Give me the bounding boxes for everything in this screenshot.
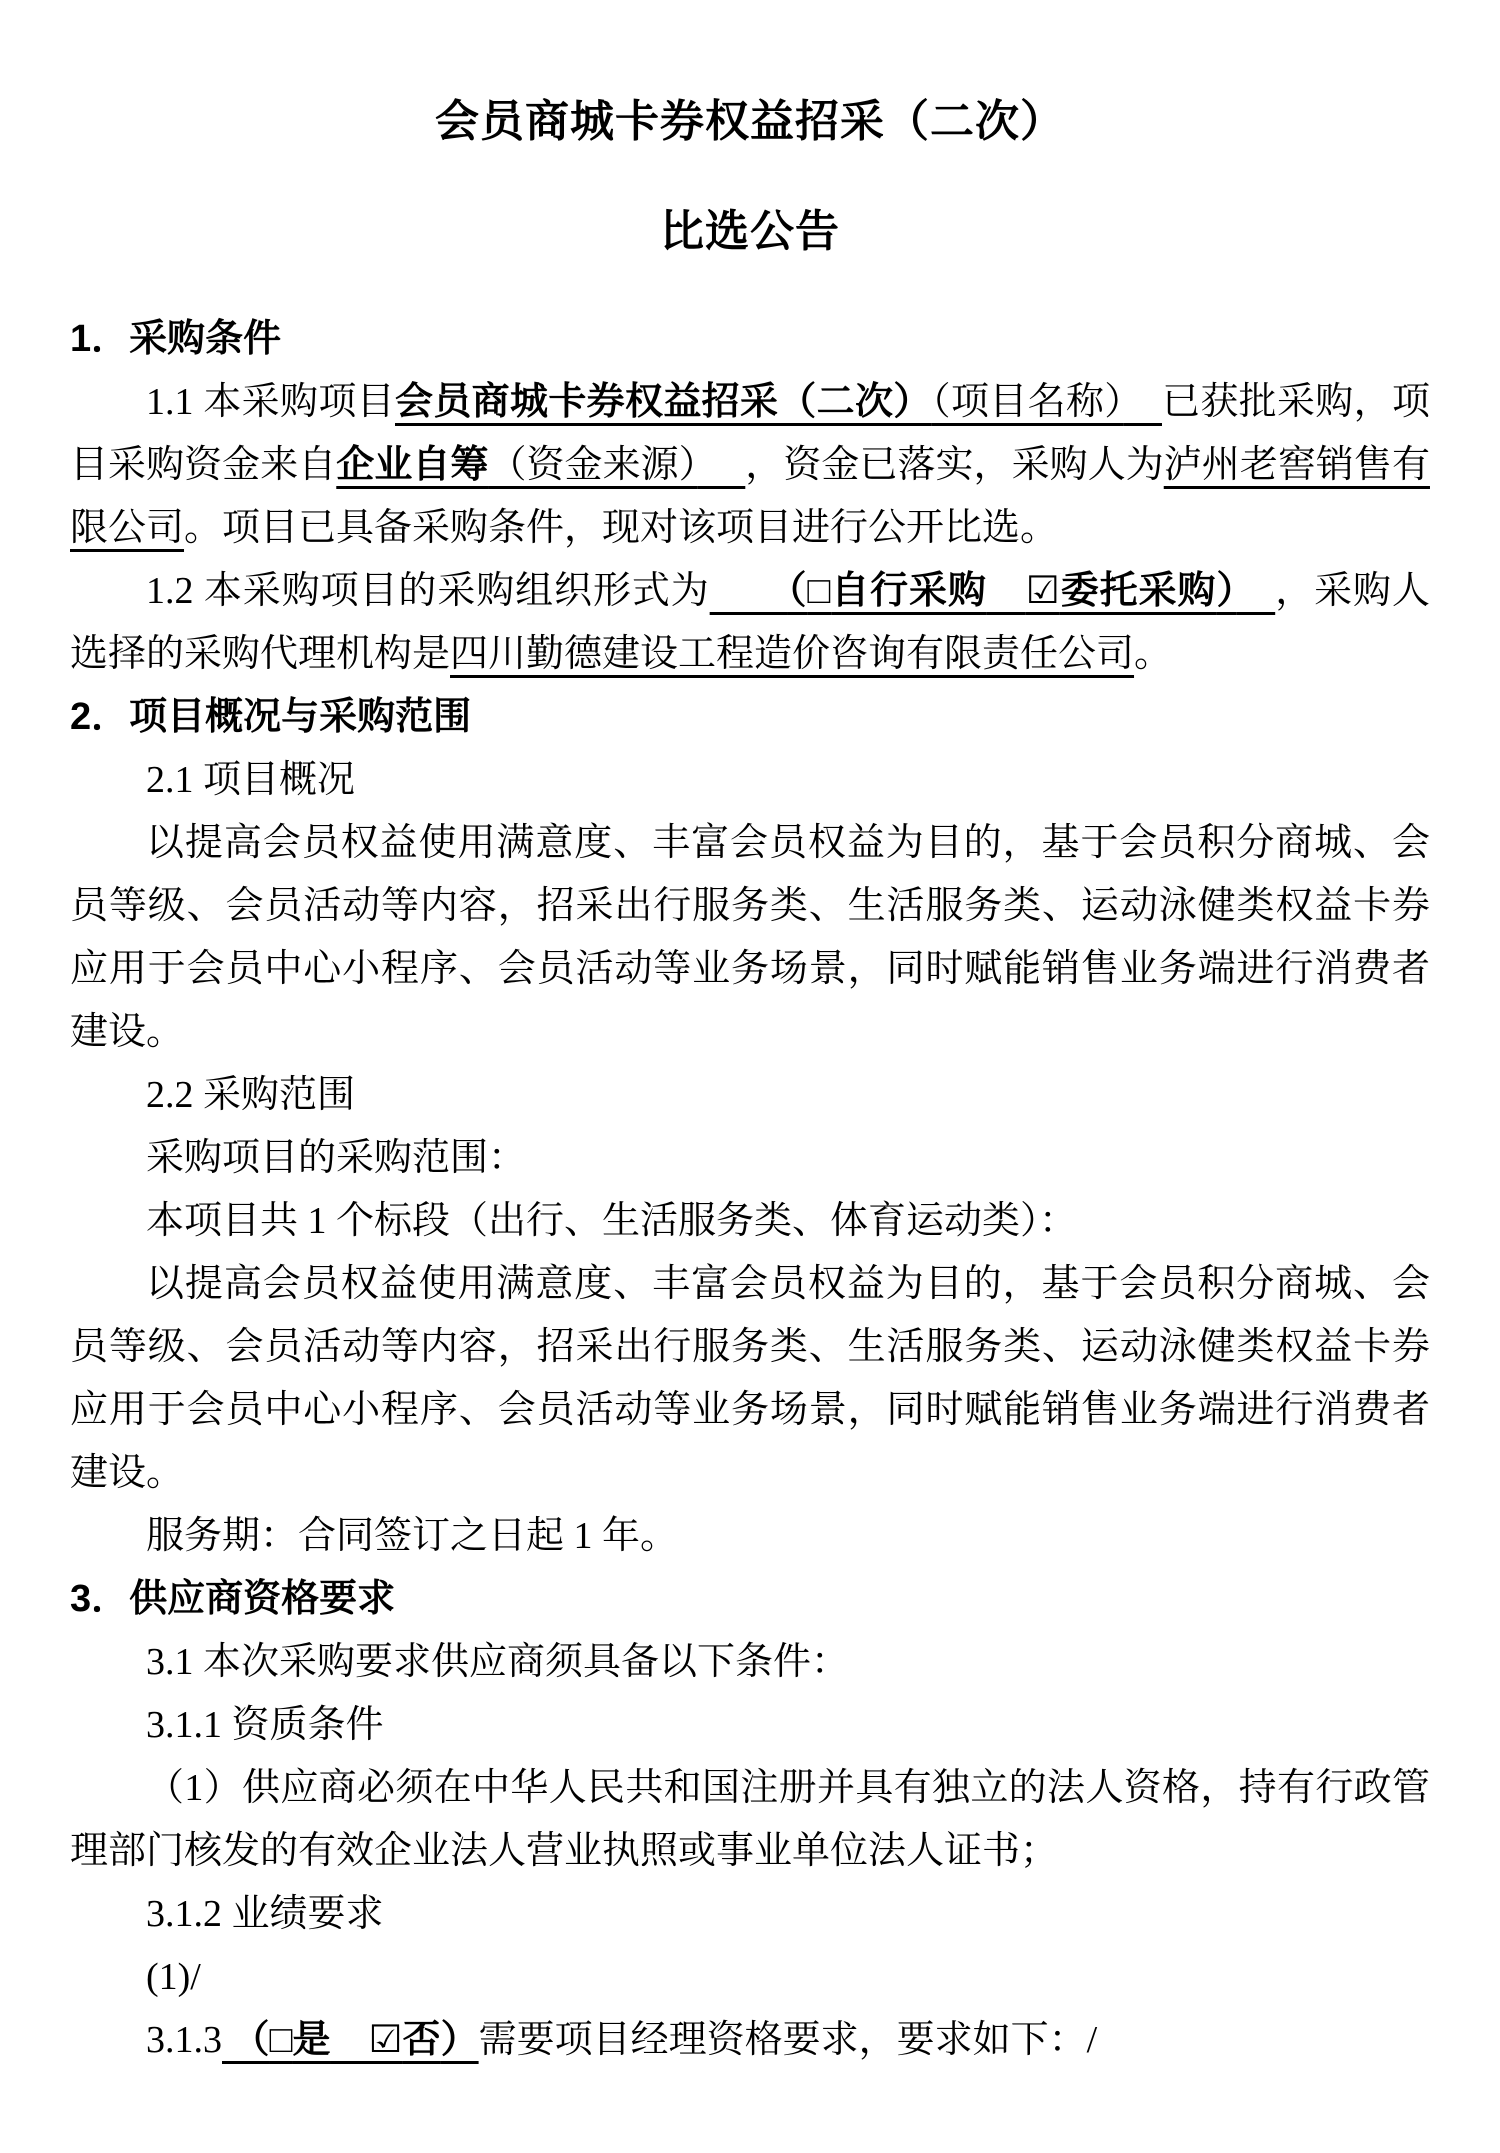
pm-requirement-paren-open: （: [232, 2019, 270, 2061]
clause-3-1-3: 3.1.3 （□是 ☑否）需要项目经理资格要求，要求如下：/: [70, 2009, 1430, 2072]
clause-1-1-text: 1.1 本采购项目: [146, 381, 395, 423]
clause-3-1-2-item-1: (1)/: [70, 1946, 1430, 2009]
clause-3-1-1-item-1: （1）供应商必须在中华人民共和国注册并具有独立的法人资格，持有行政管理部门核发的…: [70, 1757, 1430, 1883]
document-title: 会员商城卡券权益招采（二次）: [70, 86, 1430, 158]
clause-3-1: 3.1 本次采购要求供应商须具备以下条件：: [70, 1631, 1430, 1694]
agency-field: 四川勤德建设工程造价咨询有限责任公司: [450, 633, 1134, 675]
lot-description-line: 本项目共 1 个标段（出行、生活服务类、体育运动类）：: [70, 1190, 1430, 1253]
option-yes-label: 是: [292, 2019, 330, 2061]
scope-intro-line: 采购项目的采购范围：: [70, 1127, 1430, 1190]
clause-1-2-text: 1.2 本采购项目的采购组织形式为: [146, 570, 710, 612]
pm-requirement-paren-close: ）: [441, 2019, 479, 2061]
document-page: 会员商城卡券权益招采（二次） 比选公告 1．采购条件 1.1 本采购项目会员商城…: [0, 0, 1500, 2153]
option-entrusted-procurement-label: 委托采购: [1060, 570, 1217, 612]
org-form-paren-close: ）: [1216, 570, 1236, 612]
blank-underline: [1124, 381, 1162, 423]
fund-source-note: （资金来源）: [488, 444, 697, 486]
service-period-line: 服务期：合同签订之日起 1 年。: [70, 1505, 1430, 1568]
section-3-heading: 3．供应商资格要求: [70, 1568, 1430, 1631]
project-name-field: 会员商城卡券权益招采（二次）: [395, 381, 932, 423]
option-self-procurement-label: 自行采购: [831, 570, 987, 612]
blank-underline: [710, 570, 788, 612]
blank-underline: [1236, 570, 1275, 612]
clause-1-1: 1.1 本采购项目会员商城卡券权益招采（二次）（项目名称） 已获批采购，项目采购…: [70, 371, 1430, 560]
checkbox-checked-icon: ☑: [1026, 570, 1060, 612]
option-no-label: 否: [403, 2019, 441, 2061]
clause-3-1-3-text: 需要项目经理资格要求，要求如下：/: [479, 2019, 1098, 2061]
clause-1-1-text: ，资金已落实，采购人为: [745, 444, 1163, 486]
checkbox-unchecked-icon: □: [807, 570, 831, 612]
clause-3-1-1-heading: 3.1.1 资质条件: [70, 1694, 1430, 1757]
project-name-note: （项目名称）: [932, 381, 1124, 423]
blank-underline: [987, 570, 1026, 612]
subsection-2-1-heading: 2.1 项目概况: [70, 749, 1430, 812]
clause-3-1-2-heading: 3.1.2 业绩要求: [70, 1883, 1430, 1946]
scope-detail-paragraph: 以提高会员权益使用满意度、丰富会员权益为目的，基于会员积分商城、会员等级、会员活…: [70, 1253, 1430, 1505]
org-form-paren-open: （: [787, 570, 807, 612]
clause-1-1-text: 。项目已具备采购条件，现对该项目进行公开比选。: [184, 507, 1058, 549]
clause-1-2-text: 。: [1134, 633, 1172, 675]
blank-underline: [222, 2019, 232, 2061]
section-2-heading: 2．项目概况与采购范围: [70, 686, 1430, 749]
document-subtitle: 比选公告: [70, 196, 1430, 268]
clause-1-2: 1.2 本采购项目的采购组织形式为 （□自行采购 ☑委托采购） ，采购人选择的采…: [70, 560, 1430, 686]
blank-underline: [330, 2019, 368, 2061]
blank-underline: [698, 444, 746, 486]
section-1-heading: 1．采购条件: [70, 308, 1430, 371]
subsection-2-2-heading: 2.2 采购范围: [70, 1064, 1430, 1127]
fund-source-field: 企业自筹: [336, 444, 488, 486]
checkbox-unchecked-icon: □: [270, 2019, 293, 2061]
checkbox-checked-icon: ☑: [369, 2019, 403, 2061]
clause-3-1-3-number: 3.1.3: [146, 2019, 222, 2061]
project-overview-paragraph: 以提高会员权益使用满意度、丰富会员权益为目的，基于会员积分商城、会员等级、会员活…: [70, 812, 1430, 1064]
